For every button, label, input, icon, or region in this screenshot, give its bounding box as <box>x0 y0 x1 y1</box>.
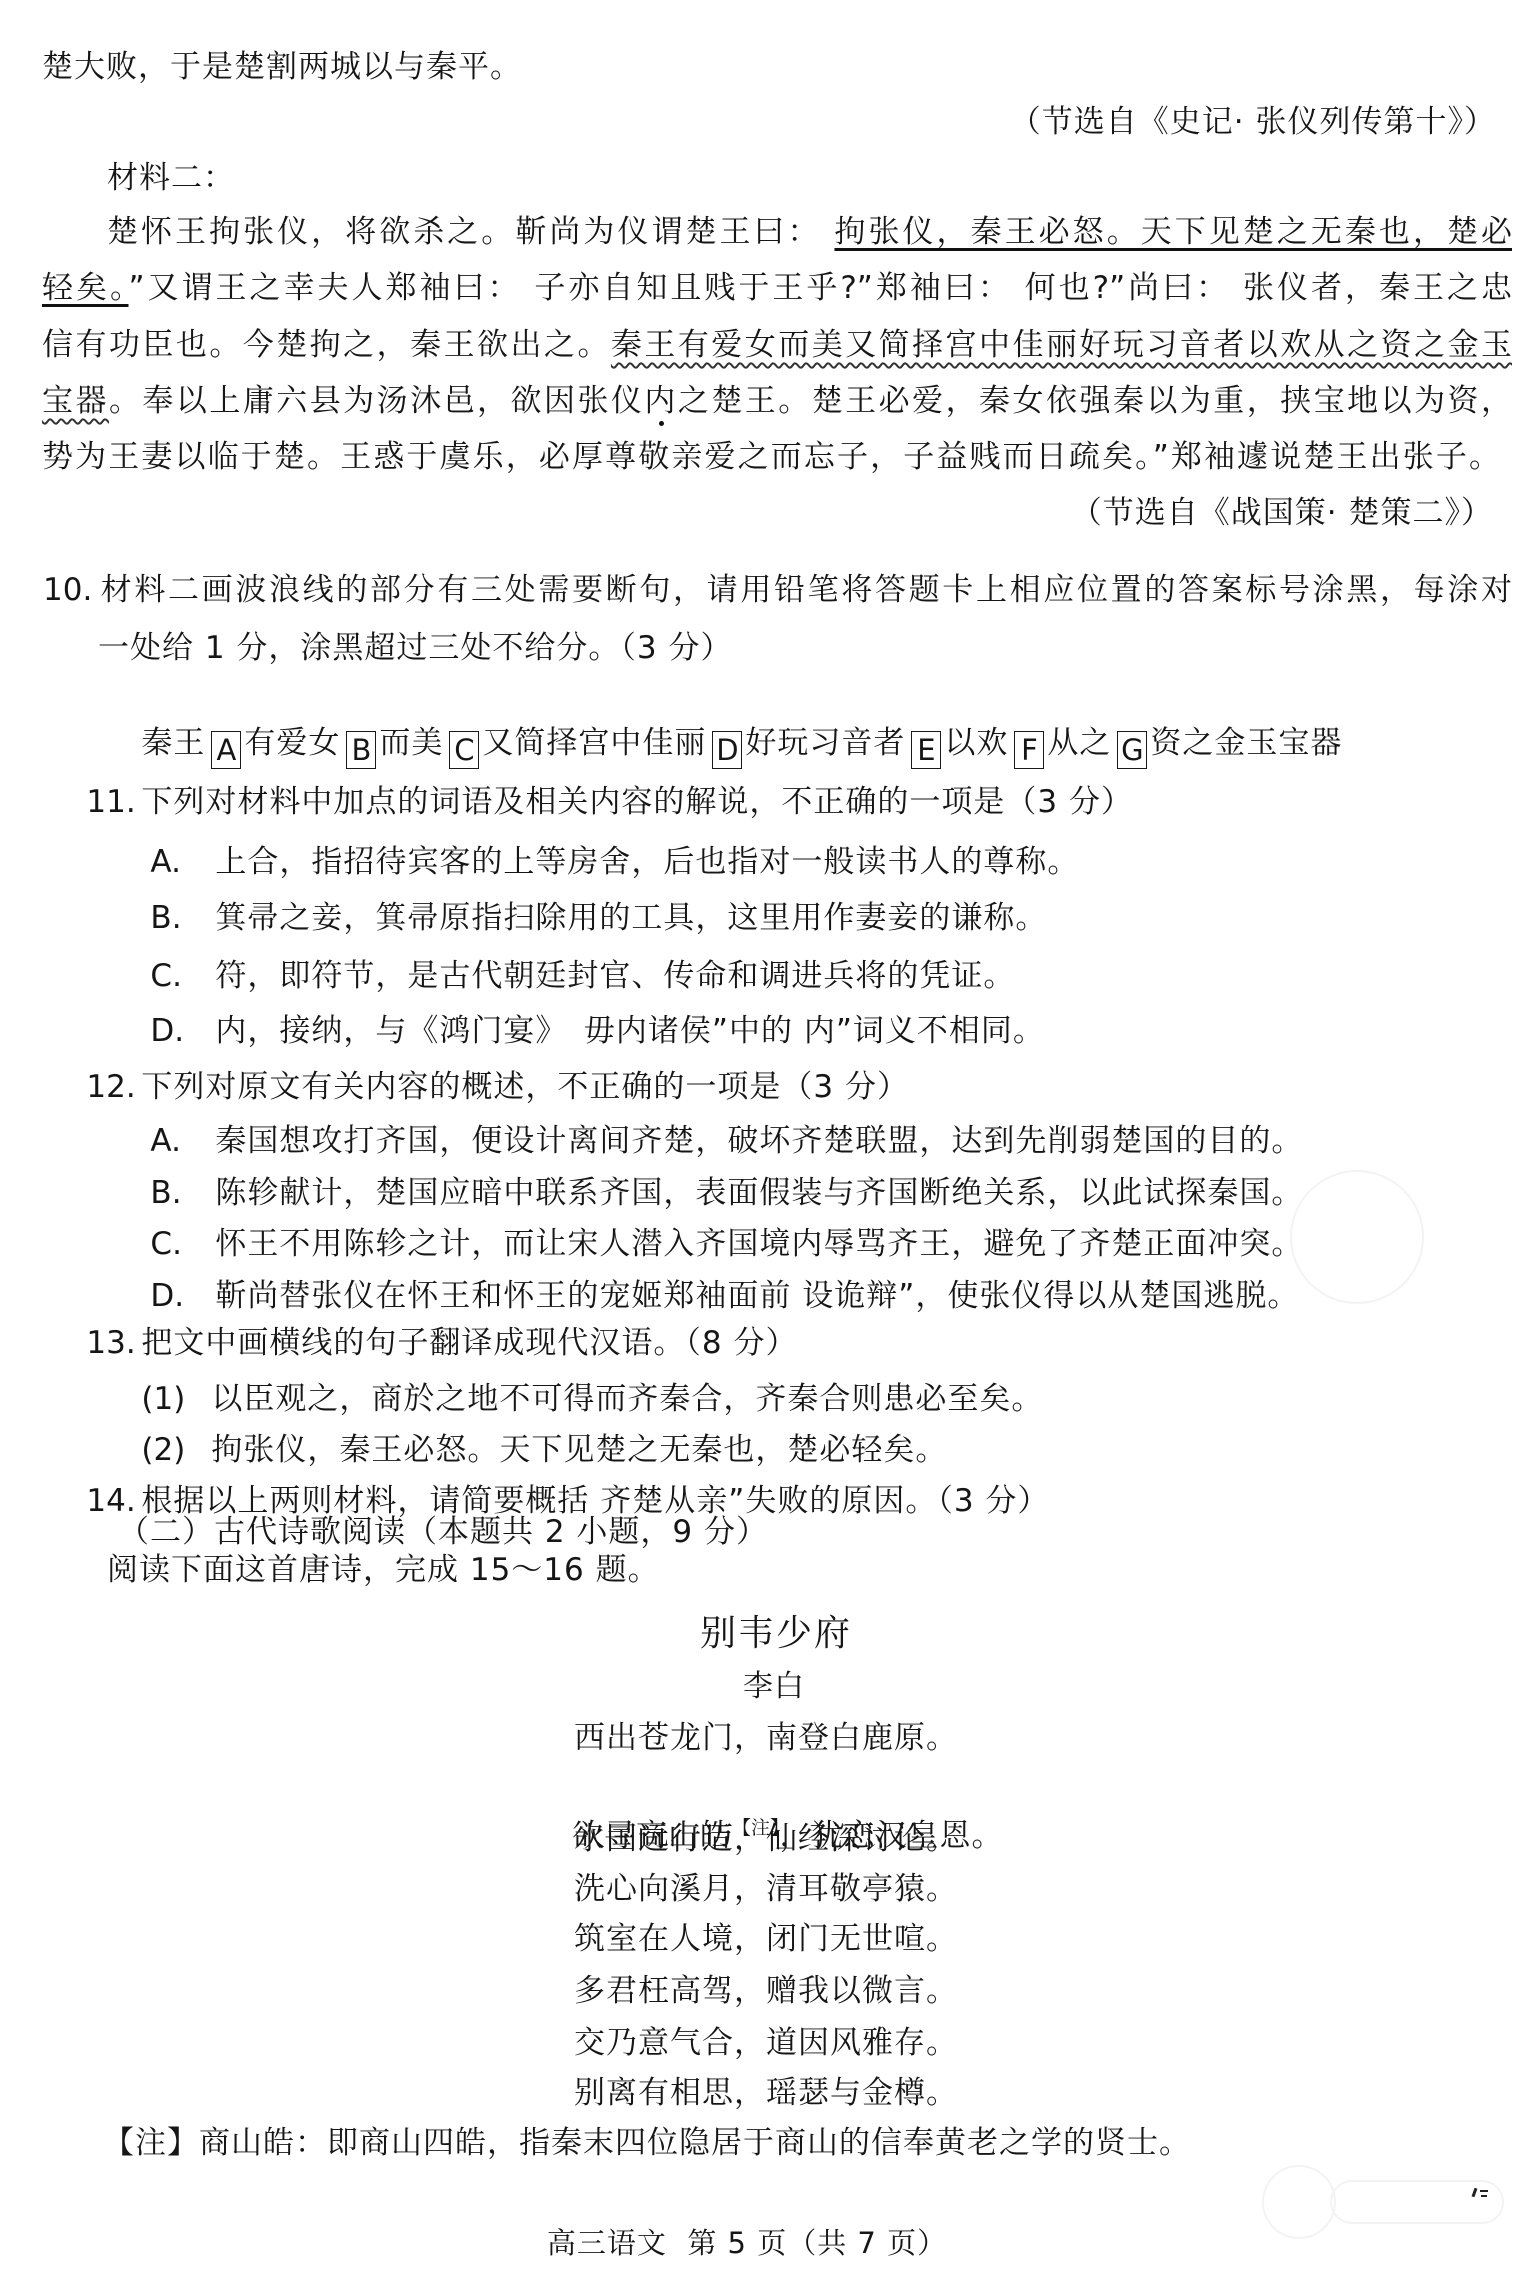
passage-text: 势为王妻以临于楚。王惑于虞乐，必厚尊敬亲爱之而忘子，子益贱而日疏矣。”郑袖遽说楚… <box>42 439 1500 475</box>
material-two-heading: 材料二： <box>107 158 235 198</box>
question-10-break-options: 秦王A有爱女B而美C又简择宫中佳丽D好玩习音者E以欢F从之G资之金玉宝器 <box>98 683 1342 723</box>
passage-text: 之楚王。楚王必爱，秦女依强秦以为重，挟宝地以为资， <box>678 383 1512 419</box>
poem-line: 筑室在人境，闭门无世喧。 <box>366 1919 1166 1959</box>
poem-title: 别韦少府 <box>376 1610 1176 1658</box>
question-10-stem-continued: 一处给 1 分，涂黑超过三处不给分。（3 分） <box>98 628 733 668</box>
passage-text: 楚怀王拘张仪，将欲杀之。靳尚为仪谓楚王曰： <box>107 214 834 250</box>
question-10-stem: 10.材料二画波浪线的部分有三处需要断句，请用铅笔将答题卡上相应位置的答案标号涂… <box>43 570 1512 610</box>
poem-line: 交乃意气合，道因风雅存。 <box>366 2023 1166 2063</box>
segment-text: 资之金玉宝器 <box>1150 725 1342 761</box>
poem-line: 洗心向溪月，清耳敬亭猿。 <box>366 1869 1166 1909</box>
passage-text: 。奉以上庸六县为汤沐邑，欲因张仪 <box>109 383 644 419</box>
option-b: B.箕帚之妾，箕帚原指扫除用的工具，这里用作妻妾的谦称。 <box>107 858 1047 898</box>
question-text: 材料二画波浪线的部分有三处需要断句，请用铅笔将答题卡上相应位置的答案标号涂黑，每… <box>98 572 1512 608</box>
wavy-underlined-text: 宝器 <box>42 383 109 419</box>
poem-author: 李白 <box>374 1667 1174 1707</box>
question-12-stem: 12.下列对原文有关内容的概述，不正确的一项是（3 分） <box>43 1027 909 1067</box>
translation-item-1: (1)以臣观之，商於之地不可得而齐秦合，齐秦合则患必至矣。 <box>98 1339 1043 1379</box>
section-heading: （二）古代诗歌阅读（本题共 2 小题，9 分） <box>118 1512 768 1552</box>
poem-line: 水国远行迈，仙经深讨论。 <box>366 1819 1166 1859</box>
passage-text: 信有功臣也。今楚拘之，秦王欲出之。 <box>42 327 611 363</box>
watermark-logo <box>1262 2165 1336 2239</box>
section-instruction: 阅读下面这首唐诗，完成 15～16 题。 <box>107 1550 660 1590</box>
passage-line: 信有功臣也。今楚拘之，秦王欲出之。秦王有爱女而美又简择宫中佳丽好玩习音者以欢从之… <box>42 325 1512 365</box>
passage-text: ”又谓王之幸夫人郑袖曰： 子亦自知且贱于王乎?”郑袖曰： 何也?”尚曰： 张仪者… <box>129 270 1513 306</box>
stray-mark <box>1480 2190 1488 2192</box>
question-number: 10. <box>43 570 98 610</box>
underlined-sentence: 轻矣。 <box>42 270 129 306</box>
question-13-stem: 13.把文中画横线的句子翻译成现代汉语。（8 分） <box>43 1283 798 1323</box>
stray-mark <box>1481 2195 1487 2197</box>
passage-line: 轻矣。”又谓王之幸夫人郑袖曰： 子亦自知且贱于王乎?”郑袖曰： 何也?”尚曰： … <box>42 268 1512 308</box>
wavy-underlined-text: 秦王有爱女而美又简择宫中佳丽好玩习音者以欢从之资之金玉 <box>611 327 1512 363</box>
underlined-sentence: 拘张仪，秦王必怒。天下见楚之无秦也，楚必 <box>834 214 1512 250</box>
option-d: D.内，接纳，与《鸿门宴》 毋内诸侯”中的 内”词义不相同。 <box>107 971 1045 1011</box>
option-a: A.秦国想攻打齐国，便设计离间齐楚，破坏齐楚联盟，达到先削弱楚国的目的。 <box>107 1081 1303 1121</box>
watermark-ring <box>1290 1170 1424 1304</box>
option-b: B.陈轸献计，楚国应暗中联系齐国，表面假装与齐国断绝关系，以此试探秦国。 <box>107 1133 1303 1173</box>
passage-line: 宝器。奉以上庸六县为汤沐邑，欲因张仪内之楚王。楚王必爱，秦女依强秦以为重，挟宝地… <box>42 381 1512 421</box>
material-one-last-line: 楚大败，于是楚割两城以与秦平。 <box>42 47 522 87</box>
page-footer: 高三语文 第 5 页（共 7 页） <box>347 2223 1147 2263</box>
option-c: C.怀王不用陈轸之计，而让宋人潜入齐国境内辱骂齐王，避免了齐楚正面冲突。 <box>107 1184 1303 1224</box>
poem-line: 多君枉高驾，赠我以微言。 <box>366 1971 1166 2011</box>
option-c: C.符，即符节，是古代朝廷封官、传命和调进兵将的凭证。 <box>107 916 1015 956</box>
emphasis-dot-word: 内 <box>644 383 677 419</box>
question-14-stem: 14.根据以上两则材料，请简要概括 齐楚从亲”失败的原因。（3 分） <box>43 1441 1049 1481</box>
poem-line: 欲寻商山皓【注】，犹恋汉皇恩。 <box>366 1768 1166 1808</box>
question-11-stem: 11.下列对材料中加点的词语及相关内容的解说，不正确的一项是（3 分） <box>43 742 1133 782</box>
passage-line: 楚怀王拘张仪，将欲杀之。靳尚为仪谓楚王曰： 拘张仪，秦王必怒。天下见楚之无秦也，… <box>107 212 1512 252</box>
translation-item-2: (2)拘张仪，秦王必怒。天下见楚之无秦也，楚必轻矣。 <box>98 1390 947 1430</box>
option-a: A.上合，指招待宾客的上等房舍，后也指对一般读书人的尊称。 <box>107 802 1079 842</box>
poem-line: 别离有相思，瑶瑟与金樽。 <box>366 2073 1166 2113</box>
material-one-source: （节选自《史记· 张仪列传第十》） <box>1010 102 1496 142</box>
exam-page: 楚大败，于是楚割两城以与秦平。 （节选自《史记· 张仪列传第十》） 材料二： 楚… <box>0 0 1536 2270</box>
poem-note: 【注】商山皓：即商山四皓，指秦末四位隐居于商山的信奉黄老之学的贤士。 <box>103 2123 1191 2163</box>
option-d: D.靳尚替张仪在怀王和怀王的宠姬郑袖面前 设诡辩”，使张仪得以从楚国逃脱。 <box>107 1236 1299 1276</box>
watermark-bar <box>1330 2180 1504 2224</box>
material-two-source: （节选自《战国策· 楚策二》） <box>1071 493 1493 533</box>
passage-line: 势为王妻以临于楚。王惑于虞乐，必厚尊敬亲爱之而忘子，子益贱而日疏矣。”郑袖遽说楚… <box>42 437 1500 477</box>
poem-line: 西出苍龙门，南登白鹿原。 <box>366 1718 1166 1758</box>
